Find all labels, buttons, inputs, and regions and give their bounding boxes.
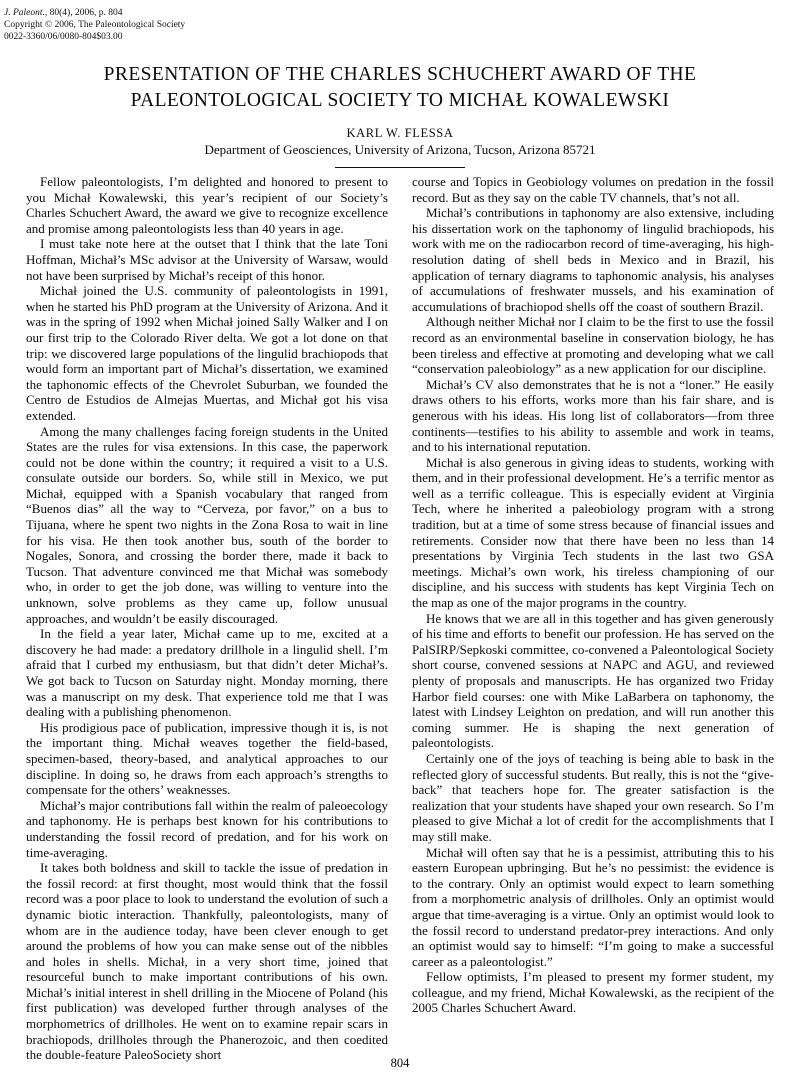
- paragraph: It takes both boldness and skill to tack…: [26, 860, 388, 1063]
- paragraph: I must take note here at the outset that…: [26, 236, 388, 283]
- paragraph: Michał joined the U.S. community of pale…: [26, 283, 388, 423]
- left-column: Fellow paleontologists, I’m delighted an…: [26, 174, 388, 1063]
- paragraph: Michał will often say that he is a pessi…: [412, 845, 774, 970]
- article-body: Fellow paleontologists, I’m delighted an…: [26, 174, 774, 1063]
- journal-page: J. Paleont., 80(4), 2006, p. 804 Copyrig…: [0, 0, 800, 1084]
- title-divider-rule: [335, 167, 465, 168]
- paragraph: In the field a year later, Michał came u…: [26, 626, 388, 720]
- citation-details: 80(4), 2006, p. 804: [47, 8, 122, 18]
- journal-abbreviation: J. Paleont.,: [4, 8, 47, 18]
- masthead-citation-line: J. Paleont., 80(4), 2006, p. 804: [4, 7, 185, 19]
- page-number: 804: [0, 1056, 800, 1071]
- journal-masthead: J. Paleont., 80(4), 2006, p. 804 Copyrig…: [4, 7, 185, 43]
- paragraph: He knows that we are all in this togethe…: [412, 611, 774, 751]
- paragraph: Michał’s CV also demonstrates that he is…: [412, 377, 774, 455]
- paragraph: Michał is also generous in giving ideas …: [412, 455, 774, 611]
- article-title: PRESENTATION OF THE CHARLES SCHUCHERT AW…: [40, 62, 760, 114]
- paragraph: Fellow optimists, I’m pleased to present…: [412, 969, 774, 1016]
- masthead-copyright-line: Copyright © 2006, The Paleontological So…: [4, 19, 185, 31]
- masthead-issn-line: 0022-3360/06/0080-804$03.00: [4, 31, 185, 43]
- paragraph: Fellow paleontologists, I’m delighted an…: [26, 174, 388, 236]
- author-name: KARL W. FLESSA: [40, 126, 760, 141]
- paragraph: Michał’s major contributions fall within…: [26, 798, 388, 860]
- paragraph: His prodigious pace of publication, impr…: [26, 720, 388, 798]
- author-affiliation: Department of Geosciences, University of…: [40, 142, 760, 158]
- paragraph: Although neither Michał nor I claim to b…: [412, 314, 774, 376]
- paragraph-continuation: course and Topics in Geobiology volumes …: [412, 174, 774, 205]
- paragraph: Michał’s contributions in taphonomy are …: [412, 205, 774, 314]
- right-column: course and Topics in Geobiology volumes …: [412, 174, 774, 1063]
- title-block: PRESENTATION OF THE CHARLES SCHUCHERT AW…: [40, 62, 760, 168]
- paragraph: Among the many challenges facing foreign…: [26, 424, 388, 627]
- paragraph: Certainly one of the joys of teaching is…: [412, 751, 774, 845]
